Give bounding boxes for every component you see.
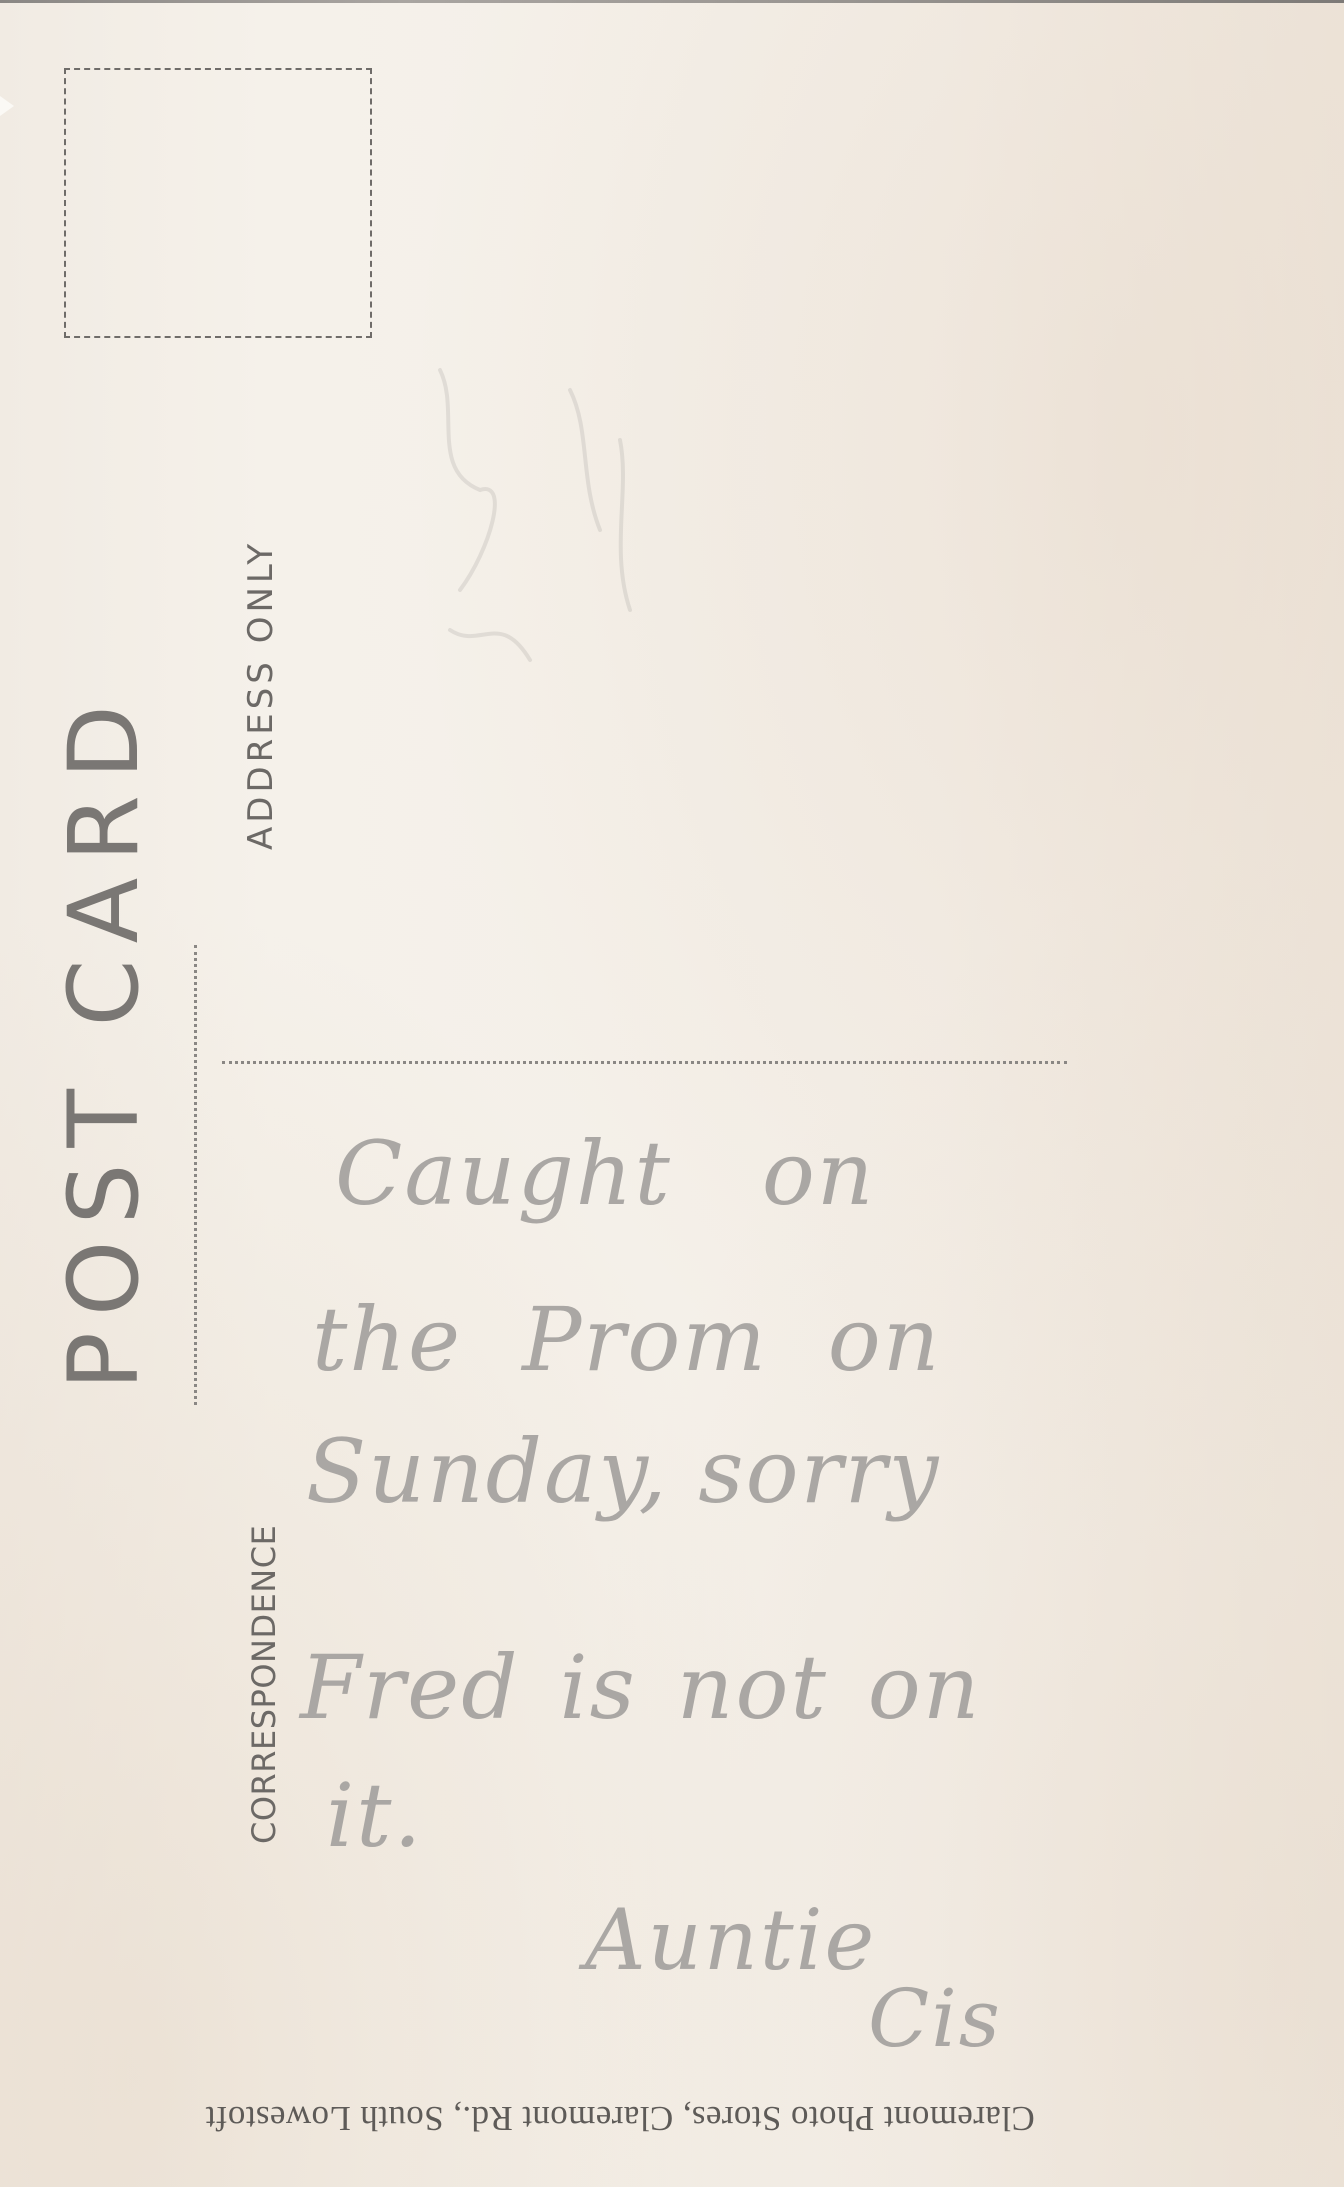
signature-line-2: Cis xyxy=(868,1975,1002,2063)
ghost-pencil-marks xyxy=(420,330,680,690)
correspondence-label: CORRESPONDENCE xyxy=(248,1525,280,1844)
publisher-imprint: Claremont Photo Stores, Claremont Rd., S… xyxy=(92,2098,1148,2138)
message-line-2: the Prom on xyxy=(312,1296,941,1384)
signature-line-1: Auntie xyxy=(585,1896,876,1984)
message-line-1: Caught on xyxy=(335,1130,875,1218)
message-line-3: Sunday, sorry xyxy=(306,1428,940,1516)
card-edge-nick xyxy=(0,96,14,116)
vertical-dotted-divider xyxy=(194,945,197,1405)
post-card-heading: POST CARD xyxy=(56,689,152,1390)
horizontal-dotted-divider xyxy=(222,1061,1067,1064)
card-top-edge xyxy=(0,0,1344,3)
message-line-5: it. xyxy=(326,1772,423,1860)
address-only-label: ADDRESS ONLY xyxy=(244,540,278,850)
stamp-box xyxy=(64,68,372,338)
postcard-back: POST CARD ADDRESS ONLY CORRESPONDENCE Ca… xyxy=(0,0,1344,2187)
message-line-4: Fred is not on xyxy=(300,1644,981,1732)
